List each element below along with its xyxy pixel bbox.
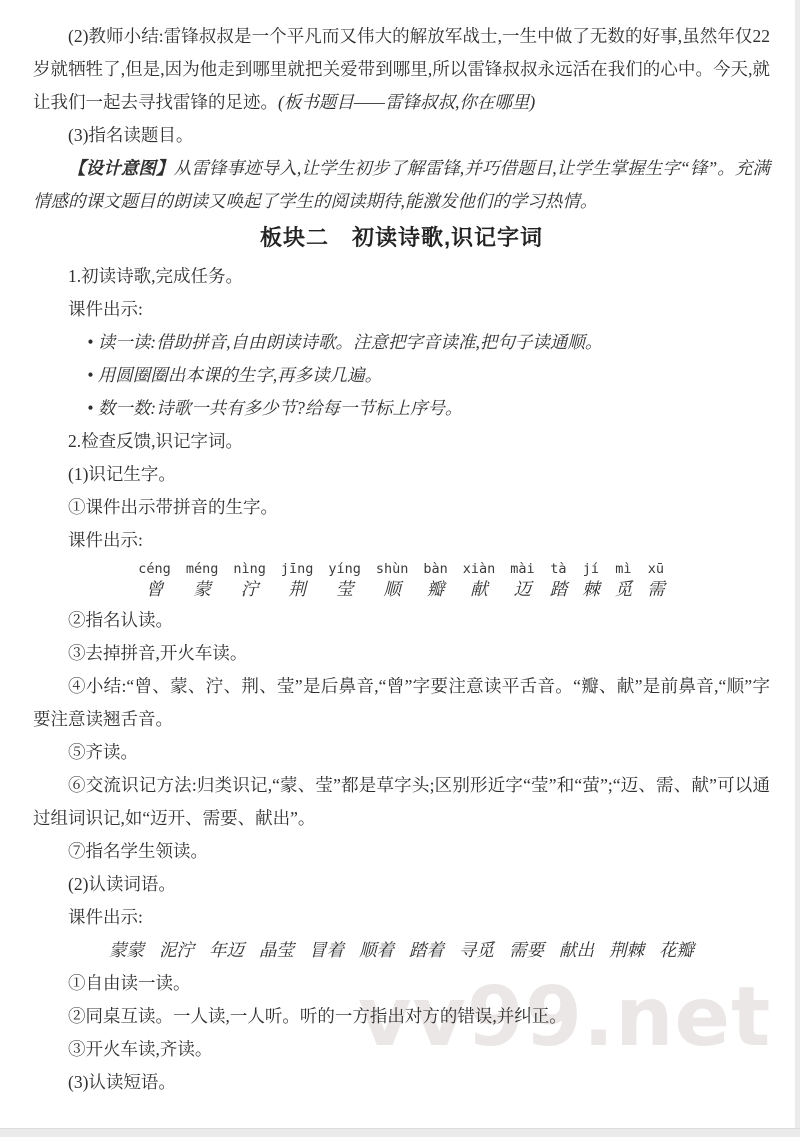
char-step-3: ③去掉拼音,开火车读。 bbox=[33, 637, 770, 670]
pinyin-character: 荆 bbox=[288, 578, 306, 601]
char-step-2: ②指名认读。 bbox=[33, 604, 770, 637]
design-intent-label: 【设计意图】 bbox=[68, 158, 174, 178]
char-step-6: ⑥交流识记方法:归类识记,“蒙、莹”都是草字头;区别形近字“莹”和“萤”;“迈、… bbox=[33, 769, 770, 835]
pinyin-cell: mì觅 bbox=[615, 561, 633, 601]
word-item: 寻觅 bbox=[459, 934, 494, 967]
pinyin-syllable: nìng bbox=[233, 561, 266, 578]
pinyin-cell: jí棘 bbox=[582, 561, 600, 601]
pinyin-cell: méng蒙 bbox=[186, 561, 219, 601]
bullet-marker-icon: • bbox=[87, 365, 93, 385]
pinyin-cell: bàn瓣 bbox=[423, 561, 447, 601]
word-item: 踏着 bbox=[409, 934, 444, 967]
pinyin-syllable: yíng bbox=[328, 561, 361, 578]
design-intent-paragraph: 【设计意图】从雷锋事迹导入,让学生初步了解雷锋,并巧借题目,让学生掌握生字“锋”… bbox=[33, 152, 770, 218]
char-step-5: ⑤齐读。 bbox=[33, 736, 770, 769]
pinyin-syllable: mì bbox=[615, 561, 631, 578]
word-item: 晶莹 bbox=[259, 934, 294, 967]
word-item: 顺着 bbox=[359, 934, 394, 967]
courseware-cue-1: 课件出示: bbox=[33, 293, 770, 326]
pinyin-cell: nìng泞 bbox=[233, 561, 266, 601]
pinyin-syllable: shùn bbox=[376, 561, 409, 578]
page-edge-right bbox=[795, 0, 800, 1137]
pinyin-character: 觅 bbox=[615, 578, 633, 601]
pinyin-syllable: céng bbox=[138, 561, 171, 578]
recognize-phrases-title: (3)认读短语。 bbox=[33, 1066, 770, 1099]
pinyin-character: 瓣 bbox=[427, 578, 445, 601]
pinyin-character-table: céng曾 méng蒙 nìng泞 jīng荆 yíng莹 shùn顺 bàn瓣… bbox=[33, 561, 770, 601]
pinyin-syllable: tà bbox=[550, 561, 566, 578]
document-content: (2)教师小结:雷锋叔叔是一个平凡而又伟大的解放军战士,一生中做了无数的好事,虽… bbox=[33, 20, 770, 1099]
pinyin-character: 蒙 bbox=[193, 578, 211, 601]
courseware-cue-3: 课件出示: bbox=[33, 901, 770, 934]
word-item: 荆棘 bbox=[609, 934, 644, 967]
read-title-paragraph: (3)指名读题目。 bbox=[33, 119, 770, 152]
word-step-1: ①自由读一读。 bbox=[33, 967, 770, 1000]
pinyin-character: 踏 bbox=[550, 578, 568, 601]
word-item: 献出 bbox=[559, 934, 594, 967]
word-item: 需要 bbox=[509, 934, 544, 967]
recognize-words-title: (2)认读词语。 bbox=[33, 868, 770, 901]
word-item: 花瓣 bbox=[659, 934, 694, 967]
char-step-1: ①课件出示带拼音的生字。 bbox=[33, 491, 770, 524]
pinyin-character: 莹 bbox=[336, 578, 354, 601]
pinyin-syllable: bàn bbox=[423, 561, 447, 578]
pinyin-cell: xū需 bbox=[647, 561, 665, 601]
word-item: 年迈 bbox=[209, 934, 244, 967]
pinyin-syllable: jīng bbox=[281, 561, 314, 578]
section-heading: 板块二 初读诗歌,识记字词 bbox=[33, 223, 770, 253]
word-step-2: ②同桌互读。一人读,一人听。听的一方指出对方的错误,并纠正。 bbox=[33, 1000, 770, 1033]
pinyin-character: 泞 bbox=[241, 578, 259, 601]
board-title-text: (板书题目——雷锋叔叔,你在哪里) bbox=[278, 92, 535, 112]
char-step-4: ④小结:“曾、蒙、泞、荆、莹”是后鼻音,“曾”字要注意读平舌音。“瓣、献”是前鼻… bbox=[33, 670, 770, 736]
pinyin-syllable: xiàn bbox=[463, 561, 496, 578]
pinyin-character: 需 bbox=[647, 578, 665, 601]
task-bullet-2-text: 用圆圈圈出本课的生字,再多读几遍。 bbox=[98, 365, 382, 385]
word-item: 冒着 bbox=[309, 934, 344, 967]
task-bullet-3: • 数一数:诗歌一共有多少节?给每一节标上序号。 bbox=[33, 392, 770, 425]
word-list: 蒙蒙 泥泞 年迈 晶莹 冒着 顺着 踏着 寻觅 需要 献出 荆棘 花瓣 bbox=[33, 934, 770, 967]
pinyin-syllable: xū bbox=[648, 561, 664, 578]
pinyin-character: 顺 bbox=[383, 578, 401, 601]
recognize-chars-title: (1)识记生字。 bbox=[33, 458, 770, 491]
task-intro-paragraph: 1.初读诗歌,完成任务。 bbox=[33, 260, 770, 293]
word-item: 泥泞 bbox=[159, 934, 194, 967]
pinyin-syllable: méng bbox=[186, 561, 219, 578]
task-bullet-1-text: 读一读:借助拼音,自由朗读诗歌。注意把字音读准,把句子读通顺。 bbox=[98, 332, 603, 352]
pinyin-cell: yíng莹 bbox=[328, 561, 361, 601]
pinyin-character: 献 bbox=[470, 578, 488, 601]
bullet-marker-icon: • bbox=[87, 332, 93, 352]
char-step-7: ⑦指名学生领读。 bbox=[33, 835, 770, 868]
check-intro-paragraph: 2.检查反馈,识记字词。 bbox=[33, 425, 770, 458]
pinyin-syllable: mài bbox=[510, 561, 534, 578]
pinyin-character: 迈 bbox=[514, 578, 532, 601]
teacher-summary-paragraph: (2)教师小结:雷锋叔叔是一个平凡而又伟大的解放军战士,一生中做了无数的好事,虽… bbox=[33, 20, 770, 119]
word-step-3: ③开火车读,齐读。 bbox=[33, 1033, 770, 1066]
pinyin-cell: shùn顺 bbox=[376, 561, 409, 601]
courseware-cue-2: 课件出示: bbox=[33, 524, 770, 557]
word-item: 蒙蒙 bbox=[109, 934, 144, 967]
pinyin-syllable: jí bbox=[583, 561, 599, 578]
page-edge-bottom bbox=[0, 1128, 800, 1137]
pinyin-cell: tà踏 bbox=[550, 561, 568, 601]
pinyin-cell: céng曾 bbox=[138, 561, 171, 601]
document-page: vv99.net (2)教师小结:雷锋叔叔是一个平凡而又伟大的解放军战士,一生中… bbox=[0, 0, 800, 1137]
pinyin-character: 曾 bbox=[146, 578, 164, 601]
pinyin-character: 棘 bbox=[582, 578, 600, 601]
task-bullet-2: • 用圆圈圈出本课的生字,再多读几遍。 bbox=[33, 359, 770, 392]
task-bullet-1: • 读一读:借助拼音,自由朗读诗歌。注意把字音读准,把句子读通顺。 bbox=[33, 326, 770, 359]
pinyin-cell: mài迈 bbox=[510, 561, 534, 601]
pinyin-cell: xiàn献 bbox=[463, 561, 496, 601]
pinyin-cell: jīng荆 bbox=[281, 561, 314, 601]
bullet-marker-icon: • bbox=[87, 398, 93, 418]
task-bullet-3-text: 数一数:诗歌一共有多少节?给每一节标上序号。 bbox=[98, 398, 463, 418]
